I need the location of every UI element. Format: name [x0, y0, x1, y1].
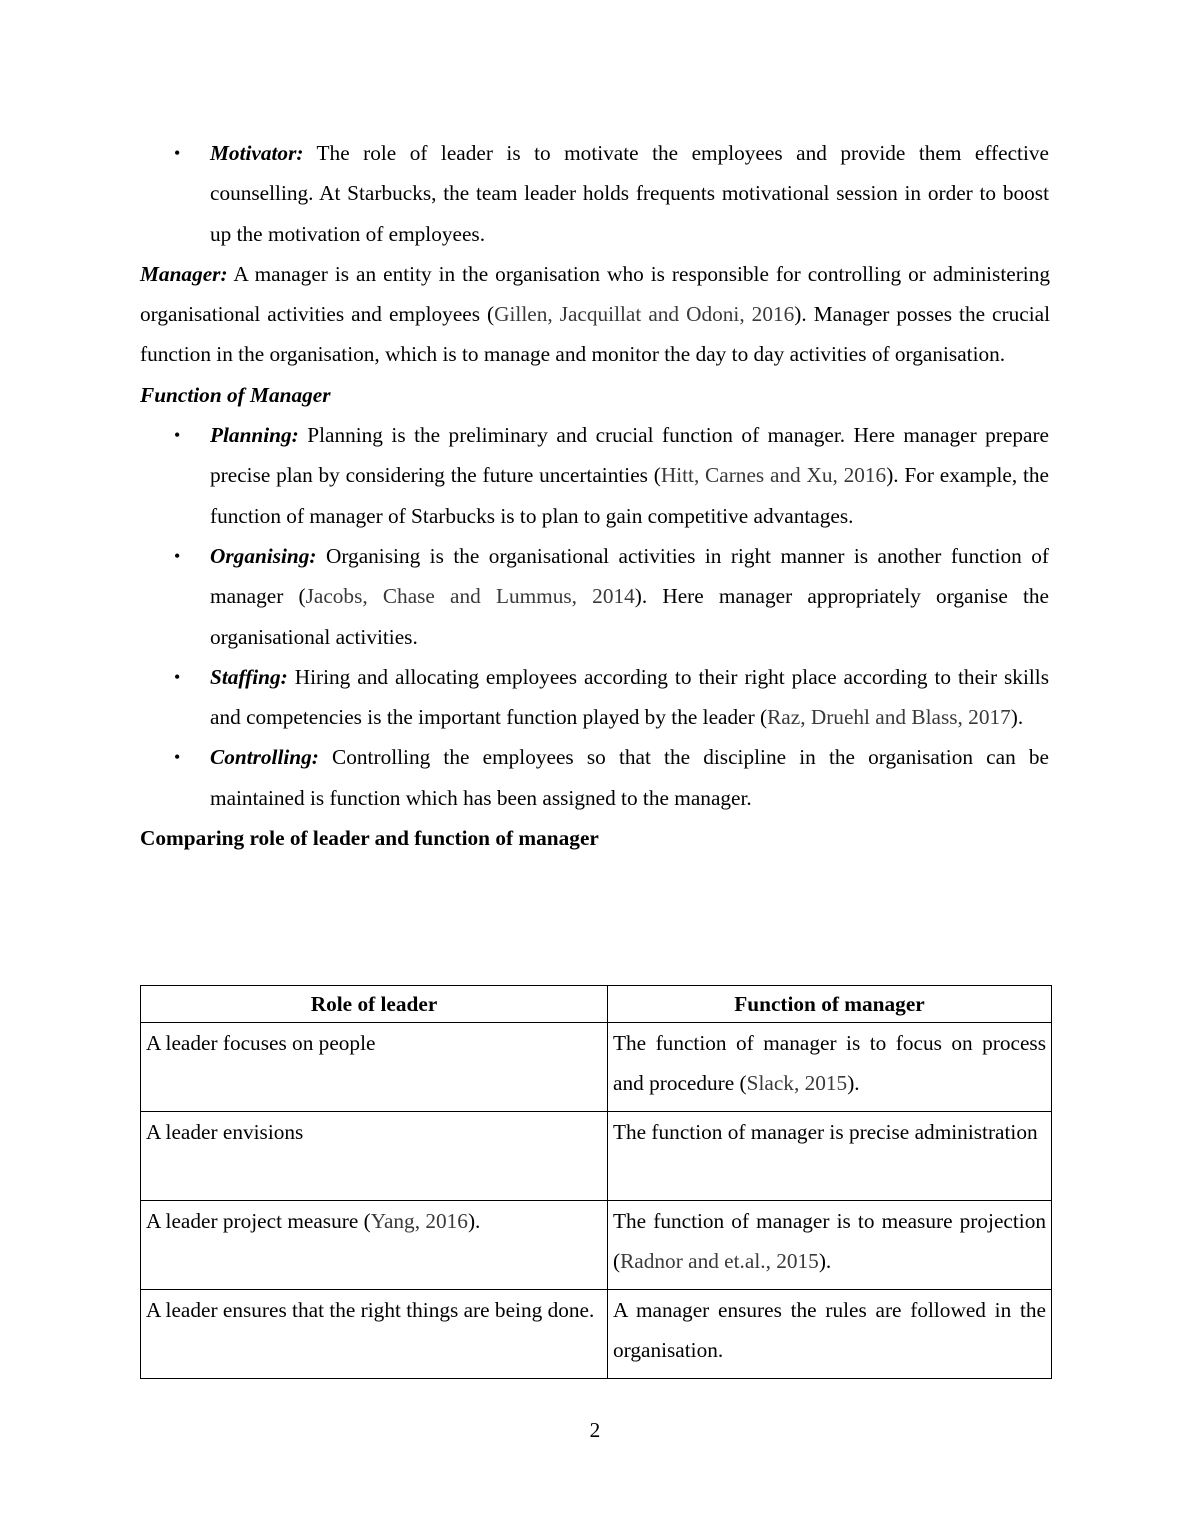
cell-leader: A leader focuses on people: [141, 1023, 608, 1112]
item-text-before: Controlling the employees so that the di…: [210, 745, 1049, 809]
citation: Raz, Druehl and Blass, 2017: [767, 705, 1011, 729]
cell-manager: The function of manager is to measure pr…: [608, 1201, 1052, 1290]
motivator-label: Motivator:: [210, 141, 303, 165]
bullet-icon: •: [174, 657, 180, 697]
table-row: A leader focuses on people The function …: [141, 1023, 1052, 1112]
citation: Jacobs, Chase and Lummus, 2014: [306, 584, 635, 608]
document-page: • Motivator: The role of leader is to mo…: [140, 133, 1050, 858]
bullet-icon: •: [174, 737, 180, 777]
cell-manager: The function of manager is precise admin…: [608, 1112, 1052, 1201]
cell-manager: A manager ensures the rules are followed…: [608, 1290, 1052, 1379]
motivator-text: The role of leader is to motivate the em…: [210, 141, 1049, 246]
comparison-table: Role of leader Function of manager A lea…: [140, 985, 1052, 1379]
cell-text: A leader envisions: [146, 1120, 303, 1144]
item-label: Controlling:: [210, 745, 319, 769]
manager-label: Manager:: [140, 262, 228, 286]
cell-text-after: ).: [819, 1249, 831, 1273]
citation: Hitt, Carnes and Xu, 2016: [661, 463, 886, 487]
motivator-list: • Motivator: The role of leader is to mo…: [140, 133, 1050, 254]
cell-text: A leader project measure (: [146, 1209, 371, 1233]
functions-list: • Planning: Planning is the preliminary …: [140, 415, 1050, 818]
list-item-staffing: • Staffing: Hiring and allocating employ…: [140, 657, 1049, 738]
column-header-manager: Function of manager: [608, 986, 1052, 1023]
page-number: 2: [0, 1418, 1190, 1443]
table-row: A leader ensures that the right things a…: [141, 1290, 1052, 1379]
column-header-leader: Role of leader: [141, 986, 608, 1023]
table-row: A leader envisions The function of manag…: [141, 1112, 1052, 1201]
list-item-controlling: • Controlling: Controlling the employees…: [140, 737, 1049, 818]
table-row: A leader project measure (Yang, 2016). T…: [141, 1201, 1052, 1290]
bullet-icon: •: [174, 133, 180, 173]
cell-leader: A leader envisions: [141, 1112, 608, 1201]
item-text-after: ).: [1011, 705, 1023, 729]
item-label: Staffing:: [210, 665, 288, 689]
cell-text: The function of manager is precise admin…: [613, 1120, 1038, 1144]
cell-text: A leader focuses on people: [146, 1031, 375, 1055]
item-label: Organising:: [210, 544, 317, 568]
cell-leader: A leader project measure (Yang, 2016).: [141, 1201, 608, 1290]
cell-leader: A leader ensures that the right things a…: [141, 1290, 608, 1379]
cell-manager: The function of manager is to focus on p…: [608, 1023, 1052, 1112]
manager-paragraph: Manager: A manager is an entity in the o…: [140, 254, 1050, 375]
citation: Yang, 2016: [371, 1209, 468, 1233]
comparison-heading: Comparing role of leader and function of…: [140, 818, 1050, 858]
list-item-motivator: • Motivator: The role of leader is to mo…: [140, 133, 1049, 254]
citation: Gillen, Jacquillat and Odoni, 2016: [494, 302, 794, 326]
item-label: Planning:: [210, 423, 299, 447]
list-item-planning: • Planning: Planning is the preliminary …: [140, 415, 1049, 536]
cell-text-after: ).: [468, 1209, 480, 1233]
citation: Slack, 2015: [747, 1071, 848, 1095]
list-item-organising: • Organising: Organising is the organisa…: [140, 536, 1049, 657]
table-header-row: Role of leader Function of manager: [141, 986, 1052, 1023]
bullet-icon: •: [174, 415, 180, 455]
bullet-icon: •: [174, 536, 180, 576]
function-heading: Function of Manager: [140, 375, 1050, 415]
cell-text-after: ).: [847, 1071, 859, 1095]
cell-text: A leader ensures that the right things a…: [146, 1298, 594, 1322]
citation: Radnor and et.al., 2015: [620, 1249, 819, 1273]
cell-text: A manager ensures the rules are followed…: [613, 1298, 1046, 1362]
